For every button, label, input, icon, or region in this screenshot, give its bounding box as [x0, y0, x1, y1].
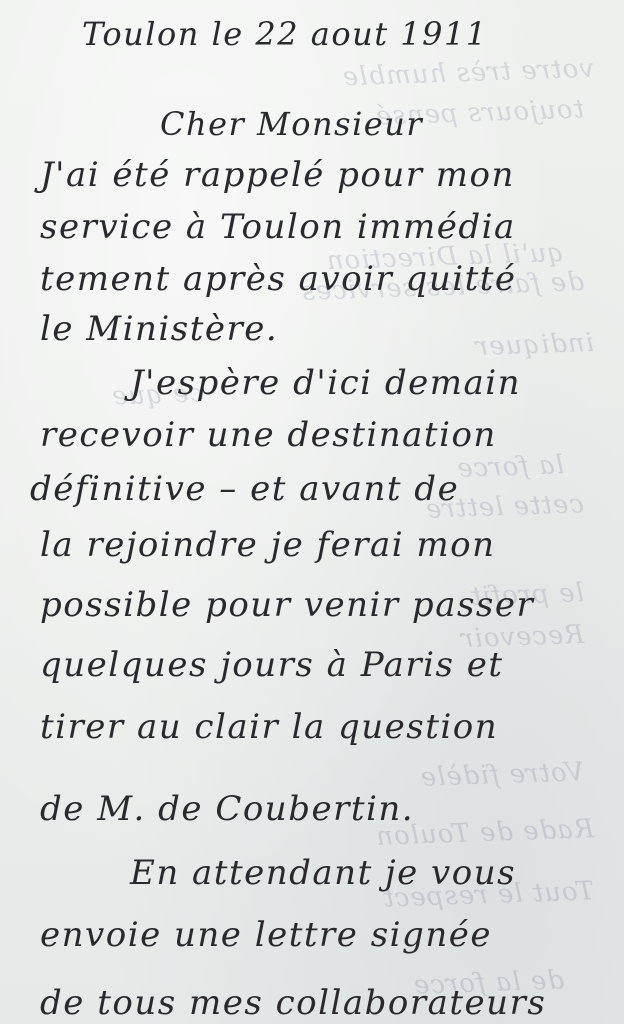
show-through-line: Votre fidèle [419, 757, 584, 793]
body-line-1: J'ai été rappelé pour mon [40, 158, 515, 192]
body-line-6: recevoir une destination [40, 418, 497, 452]
body-line-5: J'espère d'ici demain [130, 366, 521, 400]
body-line-2: service à Toulon immédia [40, 210, 516, 244]
body-line-3: tement après avoir quitté [40, 262, 517, 296]
body-line-7: définitive – et avant de [30, 472, 459, 506]
body-line-11: tirer au clair la question [40, 710, 498, 744]
body-line-14: envoie une lettre signée [40, 918, 492, 952]
body-line-13: En attendant je vous [130, 856, 516, 890]
place-and-date: Toulon le 22 aout 1911 [82, 18, 488, 50]
body-line-10: quelques jours à Paris et [40, 648, 503, 682]
body-line-4: le Ministère. [40, 312, 278, 346]
show-through-line: indiquer [474, 328, 594, 362]
show-through-line: votre très humble [341, 54, 594, 93]
salutation: Cher Monsieur [160, 108, 423, 140]
body-line-15: de tous mes collaborateurs [40, 986, 546, 1020]
body-line-8: la rejoindre je ferai mon [40, 528, 496, 562]
body-line-12: de M. de Coubertin. [40, 792, 414, 826]
letter-page: votre très humble toujours pensé qu'il l… [0, 0, 624, 1024]
body-line-9: possible pour venir passer [40, 588, 534, 622]
show-through-line: la force [456, 450, 565, 484]
